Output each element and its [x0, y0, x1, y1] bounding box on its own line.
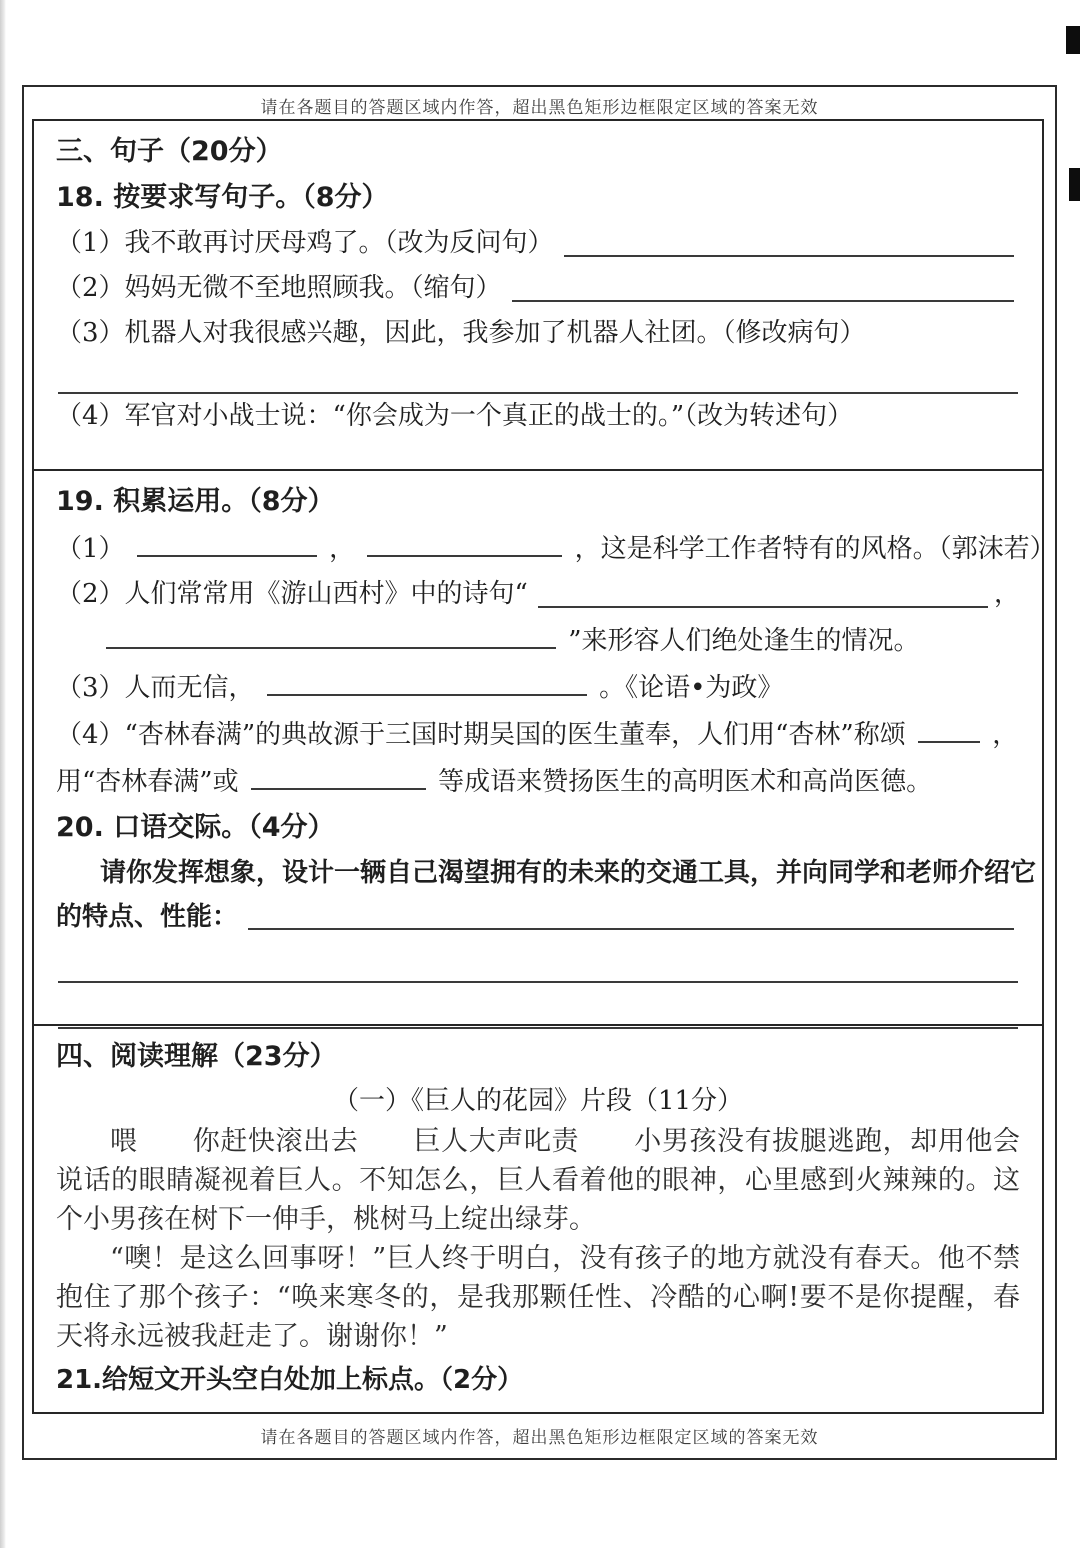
q18-item-3-text: （3）机器人对我很感兴趣，因此，我参加了机器人社团。（修改病句）: [56, 318, 866, 348]
answer-blank: [512, 300, 1014, 302]
scanned-exam-answer-sheet: 请在各题目的答题区域内作答，超出黑色矩形边框限定区域的答案无效 三、句子（20分…: [0, 0, 1080, 1548]
answer-blank: [267, 664, 587, 696]
passage-paragraph-2: “噢！是这么回事呀！”巨人终于明白，没有孩子的地方就没有春天。他不禁抱住了那个孩…: [56, 1239, 1020, 1356]
q19-item-2-line1-suffix: ，: [994, 572, 1020, 617]
section-reading: 四、阅读理解（23分） （一）《巨人的花园》片段（11分） 喂 你赶快滚出去 巨…: [34, 1024, 1042, 1412]
q19-item-1-prefix: （1）: [56, 534, 125, 564]
answer-line: [58, 356, 1018, 394]
answer-sheet-frame: 请在各题目的答题区域内作答，超出黑色矩形边框限定区域的答案无效 三、句子（20分…: [22, 85, 1057, 1460]
answer-blank: [918, 711, 980, 743]
q20-title: 20. 口语交际。（4分）: [56, 805, 1020, 851]
q20-prompt-line2: 的特点、性能：: [56, 895, 1020, 939]
scan-edge-shadow: [0, 0, 6, 1548]
q19-item-2-line2: ”来形容人们绝处逢生的情况。: [106, 617, 1020, 664]
section-sentences: 三、句子（20分） 18. 按要求写句子。（8分） （1）我不敢再讨厌母鸡了。（…: [34, 121, 1042, 469]
q20-prompt-line1: 请你发挥想象，设计一辆自己渴望拥有的未来的交通工具，并向同学和老师介绍它: [56, 851, 1020, 895]
q19-item-4-line2: 用“杏林春满”或 等成语来赞扬医生的高明医术和高尚医德。: [56, 758, 1020, 805]
section-4-title: 四、阅读理解（23分）: [56, 1034, 1020, 1080]
q19-item-3-prefix: （3）人而无信，: [56, 673, 255, 703]
q18-item-1-text: （1）我不敢再讨厌母鸡了。（改为反问句）: [56, 221, 554, 266]
answer-blank: [564, 255, 1014, 257]
answer-blank: [367, 525, 562, 557]
instruction-top: 请在各题目的答题区域内作答，超出黑色矩形边框限定区域的答案无效: [24, 93, 1055, 118]
reading-passage: 喂 你赶快滚出去 巨人大声叱责 小男孩没有拔腿逃跑，却用他会说话的眼睛凝视着巨人…: [56, 1122, 1020, 1356]
q20-prompt-line2-text: 的特点、性能：: [56, 895, 238, 939]
section-3-title: 三、句子（20分）: [56, 129, 1020, 175]
q19-item-4-prefix: （4）“杏林春满”的典故源于三国时期吴国的医生董奉，人们用“杏林”称颂: [56, 720, 906, 750]
q19-item-2-line1: （2）人们常常用《游山西村》中的诗句“ ，: [56, 572, 1020, 617]
q19-item-2-prefix: （2）人们常常用《游山西村》中的诗句“: [56, 572, 528, 617]
answer-blank: [137, 525, 317, 557]
q18-item-1: （1）我不敢再讨厌母鸡了。（改为反问句）: [56, 221, 1020, 266]
q19-item-3-suffix: 。《论语•为政》: [599, 673, 783, 703]
section-accumulate-oral: 19. 积累运用。（8分） （1） ， ，这是科学工作者特有的风格。（郭沫若） …: [34, 469, 1042, 1024]
q19-item-4-line2-suffix: 等成语来赞扬医生的高明医术和高尚医德。: [438, 767, 932, 797]
q18-title: 18. 按要求写句子。（8分）: [56, 175, 1020, 221]
q21-title: 21.给短文开头空白处加上标点。（2分）: [56, 1356, 1020, 1404]
q19-title: 19. 积累运用。（8分）: [56, 479, 1020, 525]
answer-blank: [106, 617, 556, 649]
q18-item-2-text: （2）妈妈无微不至地照顾我。（缩句）: [56, 266, 502, 311]
answer-blank: [538, 606, 988, 608]
reading-subtitle: （一）《巨人的花园》片段（11分）: [56, 1080, 1020, 1122]
answer-line: [58, 983, 1018, 1029]
registration-mark-icon: [1069, 168, 1080, 201]
answer-blank: [248, 928, 1014, 930]
q19-item-1-comma: ，: [329, 534, 355, 564]
q19-item-2-line2-suffix: ”来形容人们绝处逢生的情况。: [568, 626, 919, 656]
q19-item-4-line1-suffix: ，: [992, 720, 1018, 750]
answer-region-box: 三、句子（20分） 18. 按要求写句子。（8分） （1）我不敢再讨厌母鸡了。（…: [32, 119, 1044, 1414]
q18-item-4: （4）军官对小战士说：“你会成为一个真正的战士的。”（改为转述句）: [56, 394, 1020, 439]
q19-item-3: （3）人而无信， 。《论语•为政》: [56, 664, 1020, 711]
q19-item-4-line1: （4）“杏林春满”的典故源于三国时期吴国的医生董奉，人们用“杏林”称颂 ，: [56, 711, 1020, 758]
q19-item-1: （1） ， ，这是科学工作者特有的风格。（郭沫若）: [56, 525, 1020, 572]
q18-item-4-text: （4）军官对小战士说：“你会成为一个真正的战士的。”（改为转述句）: [56, 401, 853, 431]
answer-blank: [251, 758, 426, 790]
q18-item-3: （3）机器人对我很感兴趣，因此，我参加了机器人社团。（修改病句）: [56, 311, 1020, 356]
q18-item-2: （2）妈妈无微不至地照顾我。（缩句）: [56, 266, 1020, 311]
answer-line: [58, 939, 1018, 983]
passage-paragraph-1: 喂 你赶快滚出去 巨人大声叱责 小男孩没有拔腿逃跑，却用他会说话的眼睛凝视着巨人…: [56, 1122, 1020, 1239]
q19-item-4-line2-prefix: 用“杏林春满”或: [56, 767, 239, 797]
instruction-bottom: 请在各题目的答题区域内作答，超出黑色矩形边框限定区域的答案无效: [24, 1423, 1055, 1448]
q19-item-1-suffix: ，这是科学工作者特有的风格。（郭沫若）: [575, 534, 1056, 564]
registration-mark-icon: [1066, 26, 1080, 54]
